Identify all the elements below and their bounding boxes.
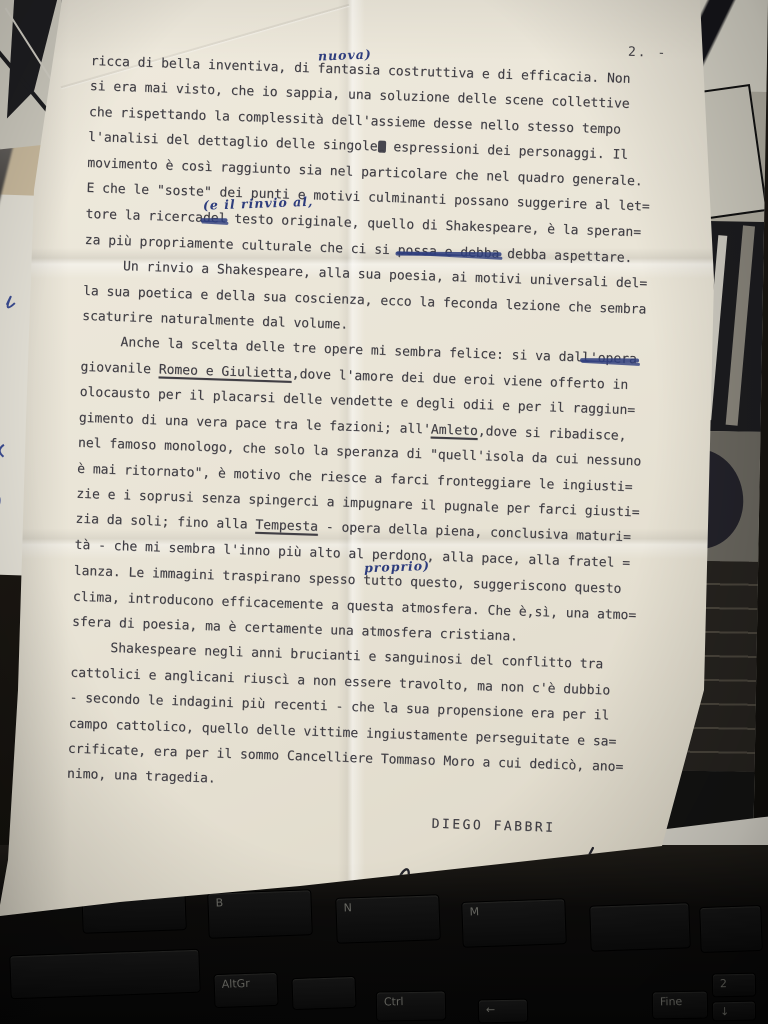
comic-art-streak [726, 225, 755, 425]
letter-body: ricca di bella inventiva, di nuova)fanta… [67, 48, 681, 807]
key-blank [9, 949, 200, 1000]
key-←: ← [478, 999, 528, 1024]
key-fine: Fine [652, 991, 708, 1020]
key-blank [589, 902, 691, 951]
key-2: 2 [712, 973, 756, 998]
key-b: B [207, 889, 313, 939]
key-n: N [335, 894, 441, 944]
key-↓: ↓ [712, 1001, 756, 1022]
key-blank [699, 905, 763, 953]
key-blank [291, 976, 356, 1010]
key-ctrl: Ctrl [376, 990, 447, 1021]
key-altgr: AltGr [213, 972, 278, 1008]
key-m: M [461, 898, 567, 948]
desk-photo: —ALLORA GLITO! SENTA MLEI NON È MME SIAM… [0, 0, 768, 1024]
